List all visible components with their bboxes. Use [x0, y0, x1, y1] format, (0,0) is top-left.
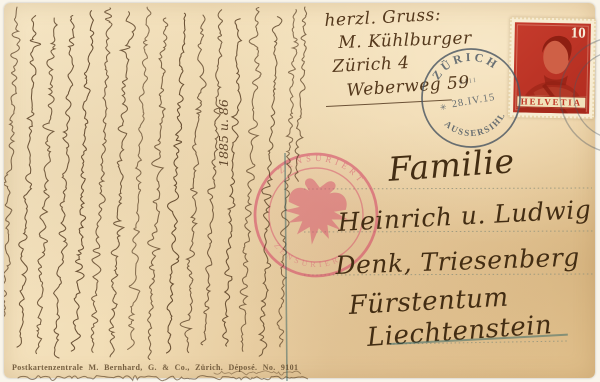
postmark-district: AUSSERSIHL [441, 109, 510, 144]
postmark-star-icon: ✳ [439, 102, 447, 112]
teal-vertical-mark [285, 153, 287, 381]
postcard-back: ZENSURIERT ZENSURIERT 1885 u. 86 herzl. … [4, 3, 595, 378]
sender-line-street: Weberweg 59 [346, 72, 470, 101]
censor-ring-text: ZENSURIERT [275, 147, 370, 187]
stamp-design: 10 HELVETIA [513, 22, 591, 114]
dotted-address-line [304, 188, 592, 189]
postmark-date: 28.IV.15 [451, 92, 496, 110]
stamp-country-label: HELVETIA [516, 95, 586, 108]
address-line-names: Heinrich u. Ludwig [337, 195, 592, 237]
publisher-imprint: Postkartenzentrale M. Bernhard, G. & Co.… [12, 363, 298, 372]
sender-line-city: Zürich 4 [332, 53, 410, 77]
stamp-denomination: 10 [571, 25, 586, 42]
address-line-family: Familie [387, 141, 516, 189]
sender-line-greeting: herzl. Gruss: [324, 5, 442, 31]
postcard-photo: ZENSURIERT ZENSURIERT 1885 u. 86 herzl. … [0, 0, 600, 382]
address-line-place: Denk, Triesenberg [335, 242, 580, 280]
postage-stamp: 10 HELVETIA [508, 17, 596, 119]
sender-underline [326, 99, 452, 107]
sender-line-name: M. Kühlburger [338, 28, 472, 53]
message-date-fragment: 1885 u. 86 [216, 99, 231, 167]
handwritten-message-scrawl [4, 7, 308, 381]
